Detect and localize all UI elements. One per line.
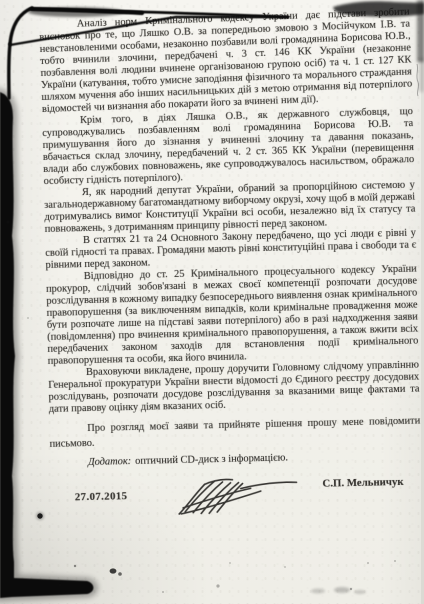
attachment-label: Додаток: (88, 456, 131, 468)
document-body: Аналіз норм Кримінального кодексу Україн… (40, 12, 423, 536)
paragraph-5: Відповідно до ст. 25 Кримінального проце… (46, 264, 419, 368)
paragraph-7: Про розгляд моєї заяви та прийняте рішен… (49, 413, 421, 451)
scan-margin-squiggle (417, 64, 419, 96)
paragraph-6: Враховуючи викладене, прошу доручити Гол… (48, 359, 420, 415)
document-date: 27.07.2015 (75, 490, 128, 503)
scan-edge-right-top (417, 0, 424, 62)
paragraph-1: Аналіз норм Кримінального кодексу Україн… (39, 6, 413, 116)
paragraph-2: Крім того, в діях Ляшка О.В., як державн… (42, 106, 415, 188)
signature-scribble (170, 464, 303, 519)
paragraph-3: Я, як народний депутат України, обраний … (44, 180, 416, 236)
scan-streak-smudge (28, 7, 124, 17)
scan-streak-down (9, 44, 10, 98)
scanned-document-page: Аналіз норм Кримінального кодексу Україн… (0, 0, 424, 604)
scan-streak-top-thick (32, 9, 142, 13)
signature-block: 27.07.2015 С.П. Мельничук (50, 473, 422, 535)
signer-name: С.П. Мельничук (322, 476, 403, 490)
scan-edge-right-fade (419, 58, 424, 92)
scan-streak-apex (10, 8, 32, 44)
